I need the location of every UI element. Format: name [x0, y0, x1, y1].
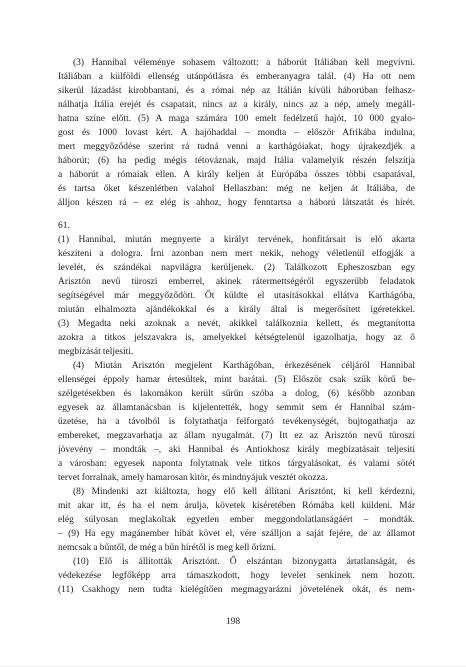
text-line: nálhatja Itália erejét és csapatait, nin…	[58, 98, 415, 112]
text-line: álljon készen rá – ez elég is ahhoz, hog…	[58, 196, 415, 210]
text-line: azokra a titkos jelszavakra is, amelyekk…	[58, 331, 415, 345]
text-line: Itáliában a külföldi ellenség utánpótlás…	[58, 70, 415, 84]
text-line: (10) Elő is állították Arisztónt. Ő elsz…	[58, 555, 415, 569]
text-line: hatna színe előtt. (5) A maga számára 10…	[58, 112, 415, 126]
text-line: segítségével már meggyőződött. Őt küldte…	[58, 289, 415, 303]
text-line: embereket, megzavarhatja az állam nyugal…	[58, 429, 415, 443]
text-line: ellenségei éppoly hamar értesültek, mint…	[58, 373, 415, 387]
text-line: mert meggyőződése szerint rá tudná venni…	[58, 140, 415, 154]
text-block: (3) Hannibal véleménye sohasem változott…	[58, 56, 415, 597]
book-page: (3) Hannibal véleménye sohasem változott…	[0, 0, 466, 667]
text-line: űzetése, ha a távolból is folytathatja f…	[58, 415, 415, 429]
text-line: és tartsa őket készenlétben valahol Hell…	[58, 182, 415, 196]
text-line: (4) Miután Arisztón megjelent Karthágóba…	[58, 359, 415, 373]
text-line: jövevény – mondták –, aki Hannibal és An…	[58, 443, 415, 457]
text-line: mit akar itt, és ha el nem árulja, követ…	[58, 499, 415, 513]
text-line: (11) Csakhogy nem tudta kielégítően megm…	[58, 583, 415, 597]
text-line: szélgetésekben és lakomákon került sűrűn…	[58, 387, 415, 401]
text-line: megbízását teljesíti.	[58, 345, 415, 359]
text-line: (3) Hannibal véleménye sohasem változott…	[58, 56, 415, 70]
text-line: a háborút a rómaiak ellen. A király kelj…	[58, 168, 415, 182]
text-line: Arisztón nevű türoszi emberrel, akinek r…	[58, 275, 415, 289]
text-line: sikerül lázadást kirobbantani, és a róma…	[58, 84, 415, 98]
page-number: 198	[0, 616, 466, 628]
text-line: háborút; (6) ha pedig mégis tétováznak, …	[58, 154, 415, 168]
text-line: egyesek az államtanácsban is kijelentett…	[58, 401, 415, 415]
text-line: gost és 1000 lovast kért. A hajóhaddal –…	[58, 126, 415, 140]
text-line: miután elhalmozta ajándékokkal és a kirá…	[58, 303, 415, 317]
text-line: – (9) Ha egy magánember hibát követ el, …	[58, 527, 415, 541]
text-line: védekezése legfőképp arra támaszkodott, …	[58, 569, 415, 583]
text-line: (3) Megadta neki azoknak a nevét, akikke…	[58, 317, 415, 331]
text-line: (8) Mindenki azt kiáltozta, hogy elő kel…	[58, 485, 415, 499]
text-line: (1) Hannibal, miután megnyerte a királyt…	[58, 233, 415, 247]
text-line: levelét, és szándékai napvilágra kerülje…	[58, 261, 415, 275]
text-line: tervet forralnak, amely hamarosan kitör,…	[58, 471, 415, 485]
text-line: a városban: egyesek naponta folytatnak v…	[58, 457, 415, 471]
text-line: elég súlyosan meglakoltak egyetlen ember…	[58, 513, 415, 527]
text-line: készíteni a dologra. Írni azonban nem me…	[58, 247, 415, 261]
text-line: nemcsak a bűntől, de még a bűn hírétől i…	[58, 541, 415, 555]
section-number: 61.	[58, 219, 415, 233]
